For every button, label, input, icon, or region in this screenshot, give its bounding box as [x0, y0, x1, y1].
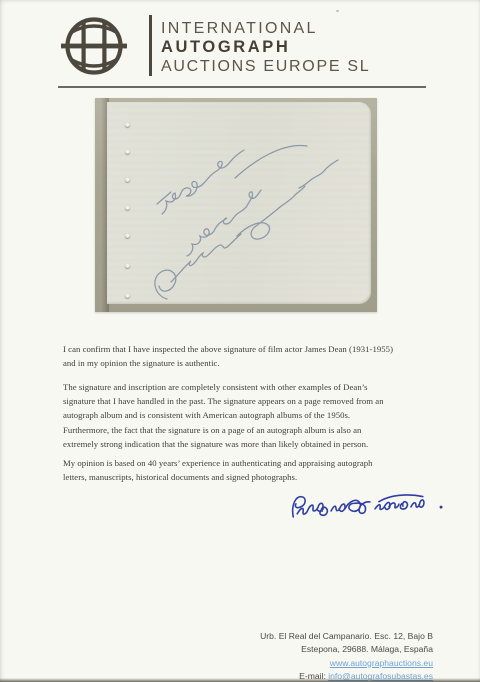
globe-pen-nibs-icon: [60, 16, 128, 78]
text-line: I can confirm that I have inspected the …: [63, 342, 393, 356]
text-line: My opinion is based on 40 years’ experie…: [63, 456, 373, 470]
footer-contact: Urb. El Real del Campanario. Esc. 12, Ba…: [260, 630, 433, 682]
paragraph-confirmation: I can confirm that I have inspected the …: [63, 342, 393, 370]
text-line: autograph album and is consistent with A…: [63, 408, 384, 422]
header-rule: [58, 86, 426, 88]
james-dean-inscription: [107, 102, 371, 304]
website-link[interactable]: www.autographauctions.eu: [330, 658, 433, 668]
paragraph-consistency: The signature and inscription are comple…: [63, 380, 384, 451]
text-line: and in my opinion the signature is authe…: [63, 356, 393, 370]
address-line-1: Urb. El Real del Campanario. Esc. 12, Ba…: [260, 630, 433, 643]
scan-bottom-edge: [0, 678, 480, 682]
brand-wordmark: INTERNATIONAL AUTOGRAPH AUCTIONS EUROPE …: [161, 20, 370, 76]
text-line: extremely strong indication that the sig…: [63, 437, 384, 451]
text-line: letters, manuscripts, historical documen…: [63, 470, 373, 484]
album-page: [107, 102, 371, 304]
address-line-2: Estepona, 29688. Málaga, España: [260, 643, 433, 656]
text-line: signature that I have handled in the pas…: [63, 394, 384, 408]
richard-davie-signature: [283, 486, 454, 526]
brand-line-international: INTERNATIONAL: [161, 20, 370, 38]
brand-line-autograph: AUTOGRAPH: [161, 38, 370, 57]
brand-divider: [149, 15, 152, 76]
certificate-page: INTERNATIONAL AUTOGRAPH AUCTIONS EUROPE …: [0, 0, 480, 682]
text-line: The signature and inscription are comple…: [63, 380, 384, 394]
text-line: Furthermore, the fact that the signature…: [63, 423, 384, 437]
paragraph-experience: My opinion is based on 40 years’ experie…: [63, 456, 373, 484]
album-photo: [95, 98, 377, 312]
brand-line-auctions: AUCTIONS EUROPE SL: [161, 57, 370, 76]
scan-speck: [336, 10, 339, 12]
